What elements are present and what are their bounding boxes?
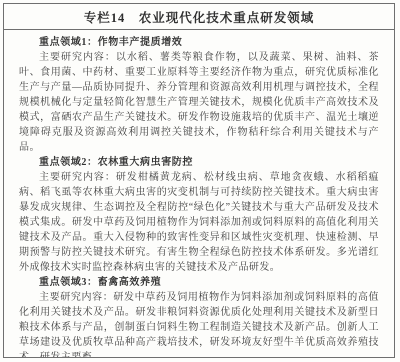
column-box-body: 重点领域1：作物丰产提质增效 主要研究内容：以水稻、薯类等粮食作物，以及蔬菜、果… xyxy=(4,30,394,358)
section-2-body: 主要研究内容：研发柑橘黄龙病、松材线虫病、草地贪夜蛾、水稻稻瘟病、稻飞虱等农林重… xyxy=(19,170,379,275)
section-1-heading: 重点领域1：作物丰产提质增效 xyxy=(19,35,379,50)
section-2-heading: 重点领域2：农林重大病虫害防控 xyxy=(19,155,379,170)
column-title: 专栏14 农业现代化技术重点研发领域 xyxy=(84,8,315,26)
column-box: 专栏14 农业现代化技术重点研发领域 重点领域1：作物丰产提质增效 主要研究内容… xyxy=(3,3,395,358)
section-3-heading: 重点领域3：畜禽高效养殖 xyxy=(19,275,379,290)
column-box-header: 专栏14 农业现代化技术重点研发领域 xyxy=(4,4,394,30)
document-page: 专栏14 农业现代化技术重点研发领域 重点领域1：作物丰产提质增效 主要研究内容… xyxy=(0,0,400,362)
section-1-body: 主要研究内容：以水稻、薯类等粮食作物，以及蔬菜、果树、油料、茶叶、食用菌、中药材… xyxy=(19,50,379,155)
section-3-body: 主要研究内容：研发中草药及饲用植物作为饲料添加剂或饲料原料的高值化利用关键技术及… xyxy=(19,290,379,358)
